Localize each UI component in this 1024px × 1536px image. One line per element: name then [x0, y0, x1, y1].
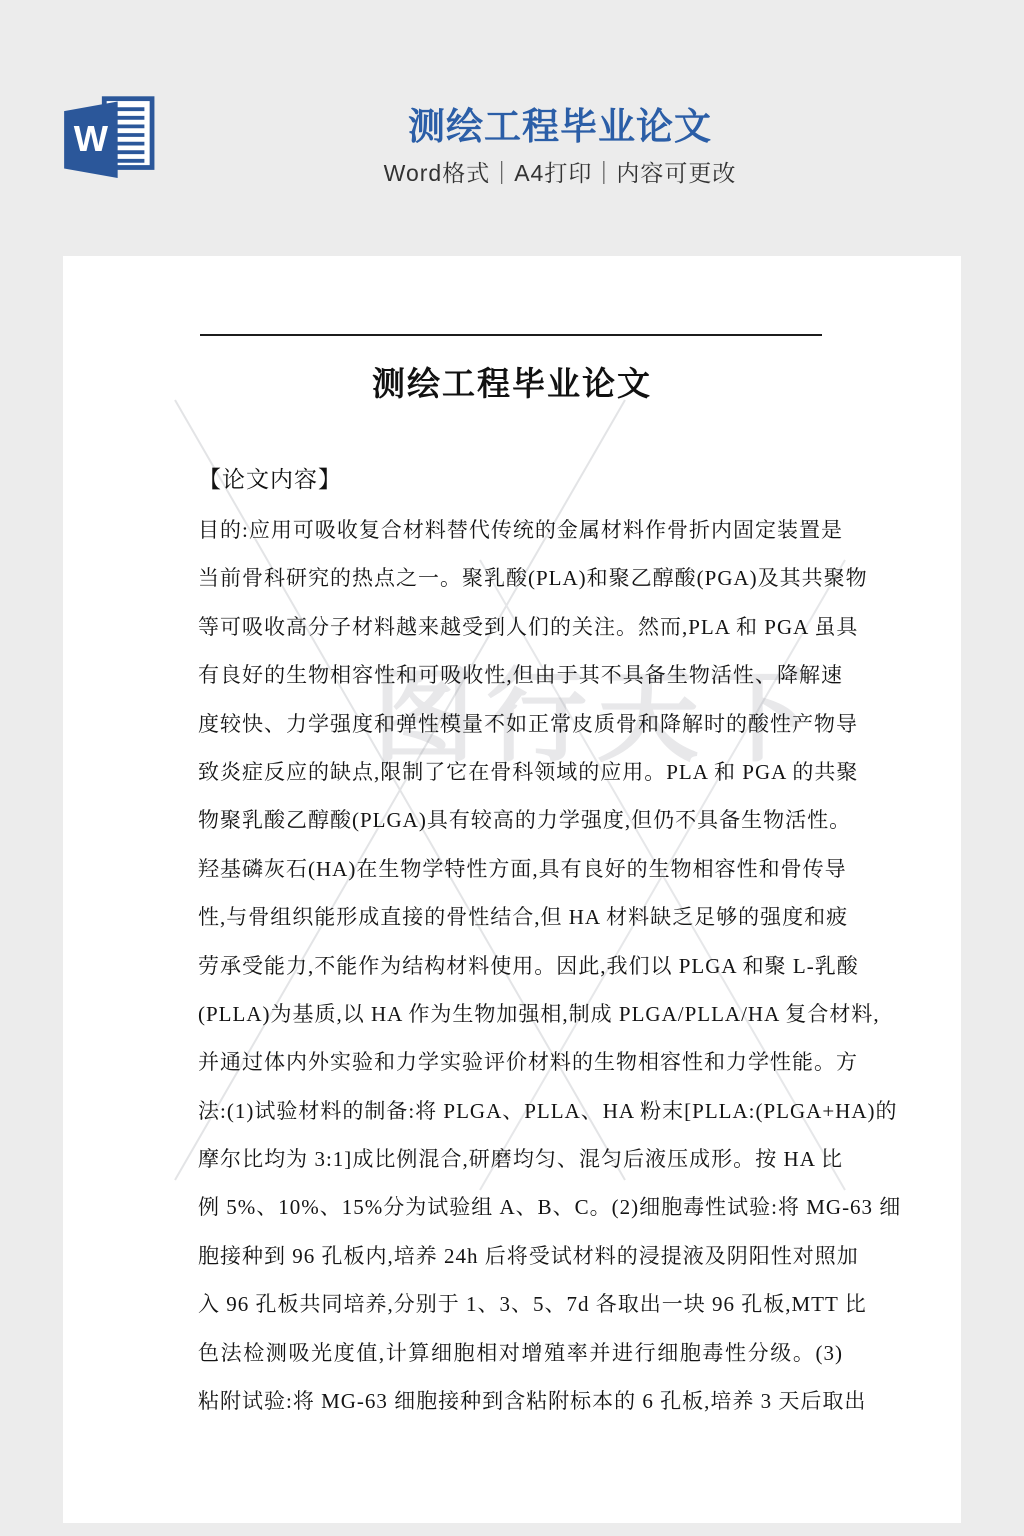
paragraph-line: 劳承受能力,不能作为结构材料使用。因此,我们以 PLGA 和聚 L-乳酸 [198, 942, 843, 990]
paragraph-line: (PLLA)为基质,以 HA 作为生物加强相,制成 PLGA/PLLA/HA 复… [198, 990, 843, 1038]
paragraph-line: 例 5%、10%、15%分为试验组 A、B、C。(2)细胞毒性试验:将 MG-6… [198, 1183, 843, 1231]
paragraph-line: 摩尔比均为 3:1]成比例混合,研磨均匀、混匀后液压成形。按 HA 比 [198, 1135, 843, 1183]
paragraph-line: 粘附试验:将 MG-63 细胞接种到含粘附标本的 6 孔板,培养 3 天后取出 [198, 1377, 843, 1425]
paragraph-line: 入 96 孔板共同培养,分别于 1、3、5、7d 各取出一块 96 孔板,MTT… [198, 1280, 843, 1328]
document-title: 测绘工程毕业论文 [63, 358, 961, 405]
paragraph-line: 羟基磷灰石(HA)在生物学特性方面,具有良好的生物相容性和骨传导 [198, 845, 843, 893]
paragraph-line: 性,与骨组织能形成直接的骨性结合,但 HA 材料缺乏足够的强度和疲 [198, 893, 843, 941]
paragraph-line: 法:(1)试验材料的制备:将 PLGA、PLLA、HA 粉末[PLLA:(PLG… [198, 1087, 843, 1135]
paragraph-line: 度较快、力学强度和弹性模量不如正常皮质骨和降解时的酸性产物导 [198, 700, 843, 748]
document-content: 测绘工程毕业论文 【论文内容】 目的:应用可吸收复合材料替代传统的金属材料作骨折… [63, 256, 961, 1523]
template-preview-page: { "header": { "title": "测绘工程毕业论文", "subt… [0, 0, 1024, 1536]
template-subtitle: Word格式｜A4打印｜内容可更改 [160, 155, 960, 188]
paragraph-line: 胞接种到 96 孔板内,培养 24h 后将受试材料的浸提液及阴阳性对照加 [198, 1232, 843, 1280]
paragraph-line: 致炎症反应的缺点,限制了它在骨科领域的应用。PLA 和 PGA 的共聚 [198, 748, 843, 796]
document-page: 图行天下 测绘工程毕业论文 【论文内容】 目的:应用可吸收复合材料替代传统的金属… [63, 256, 961, 1523]
word-icon: W [62, 92, 158, 178]
paragraph-line: 有良好的生物相容性和可吸收性,但由于其不具备生物活性、降解速 [198, 651, 843, 699]
paragraph-line: 等可吸收高分子材料越来越受到人们的关注。然而,PLA 和 PGA 虽具 [198, 603, 843, 651]
svg-text:W: W [74, 118, 109, 159]
template-title: 测绘工程毕业论文 [160, 96, 960, 150]
paragraph-line: 并通过体内外实验和力学实验评价材料的生物相容性和力学性能。方 [198, 1038, 843, 1086]
paragraph-line: 色法检测吸光度值,计算细胞相对增殖率并进行细胞毒性分级。(3) [198, 1329, 843, 1377]
header: W 测绘工程毕业论文 Word格式｜A4打印｜内容可更改 [0, 0, 1024, 256]
section-label: 【论文内容】 [198, 461, 342, 494]
title-divider-line [200, 334, 822, 336]
paragraph-line: 当前骨科研究的热点之一。聚乳酸(PLA)和聚乙醇酸(PGA)及其共聚物 [198, 554, 843, 602]
body-paragraph: 目的:应用可吸收复合材料替代传统的金属材料作骨折内固定装置是当前骨科研究的热点之… [198, 506, 843, 1425]
paragraph-line: 目的:应用可吸收复合材料替代传统的金属材料作骨折内固定装置是 [198, 506, 843, 554]
paragraph-line: 物聚乳酸乙醇酸(PLGA)具有较高的力学强度,但仍不具备生物活性。 [198, 796, 843, 844]
